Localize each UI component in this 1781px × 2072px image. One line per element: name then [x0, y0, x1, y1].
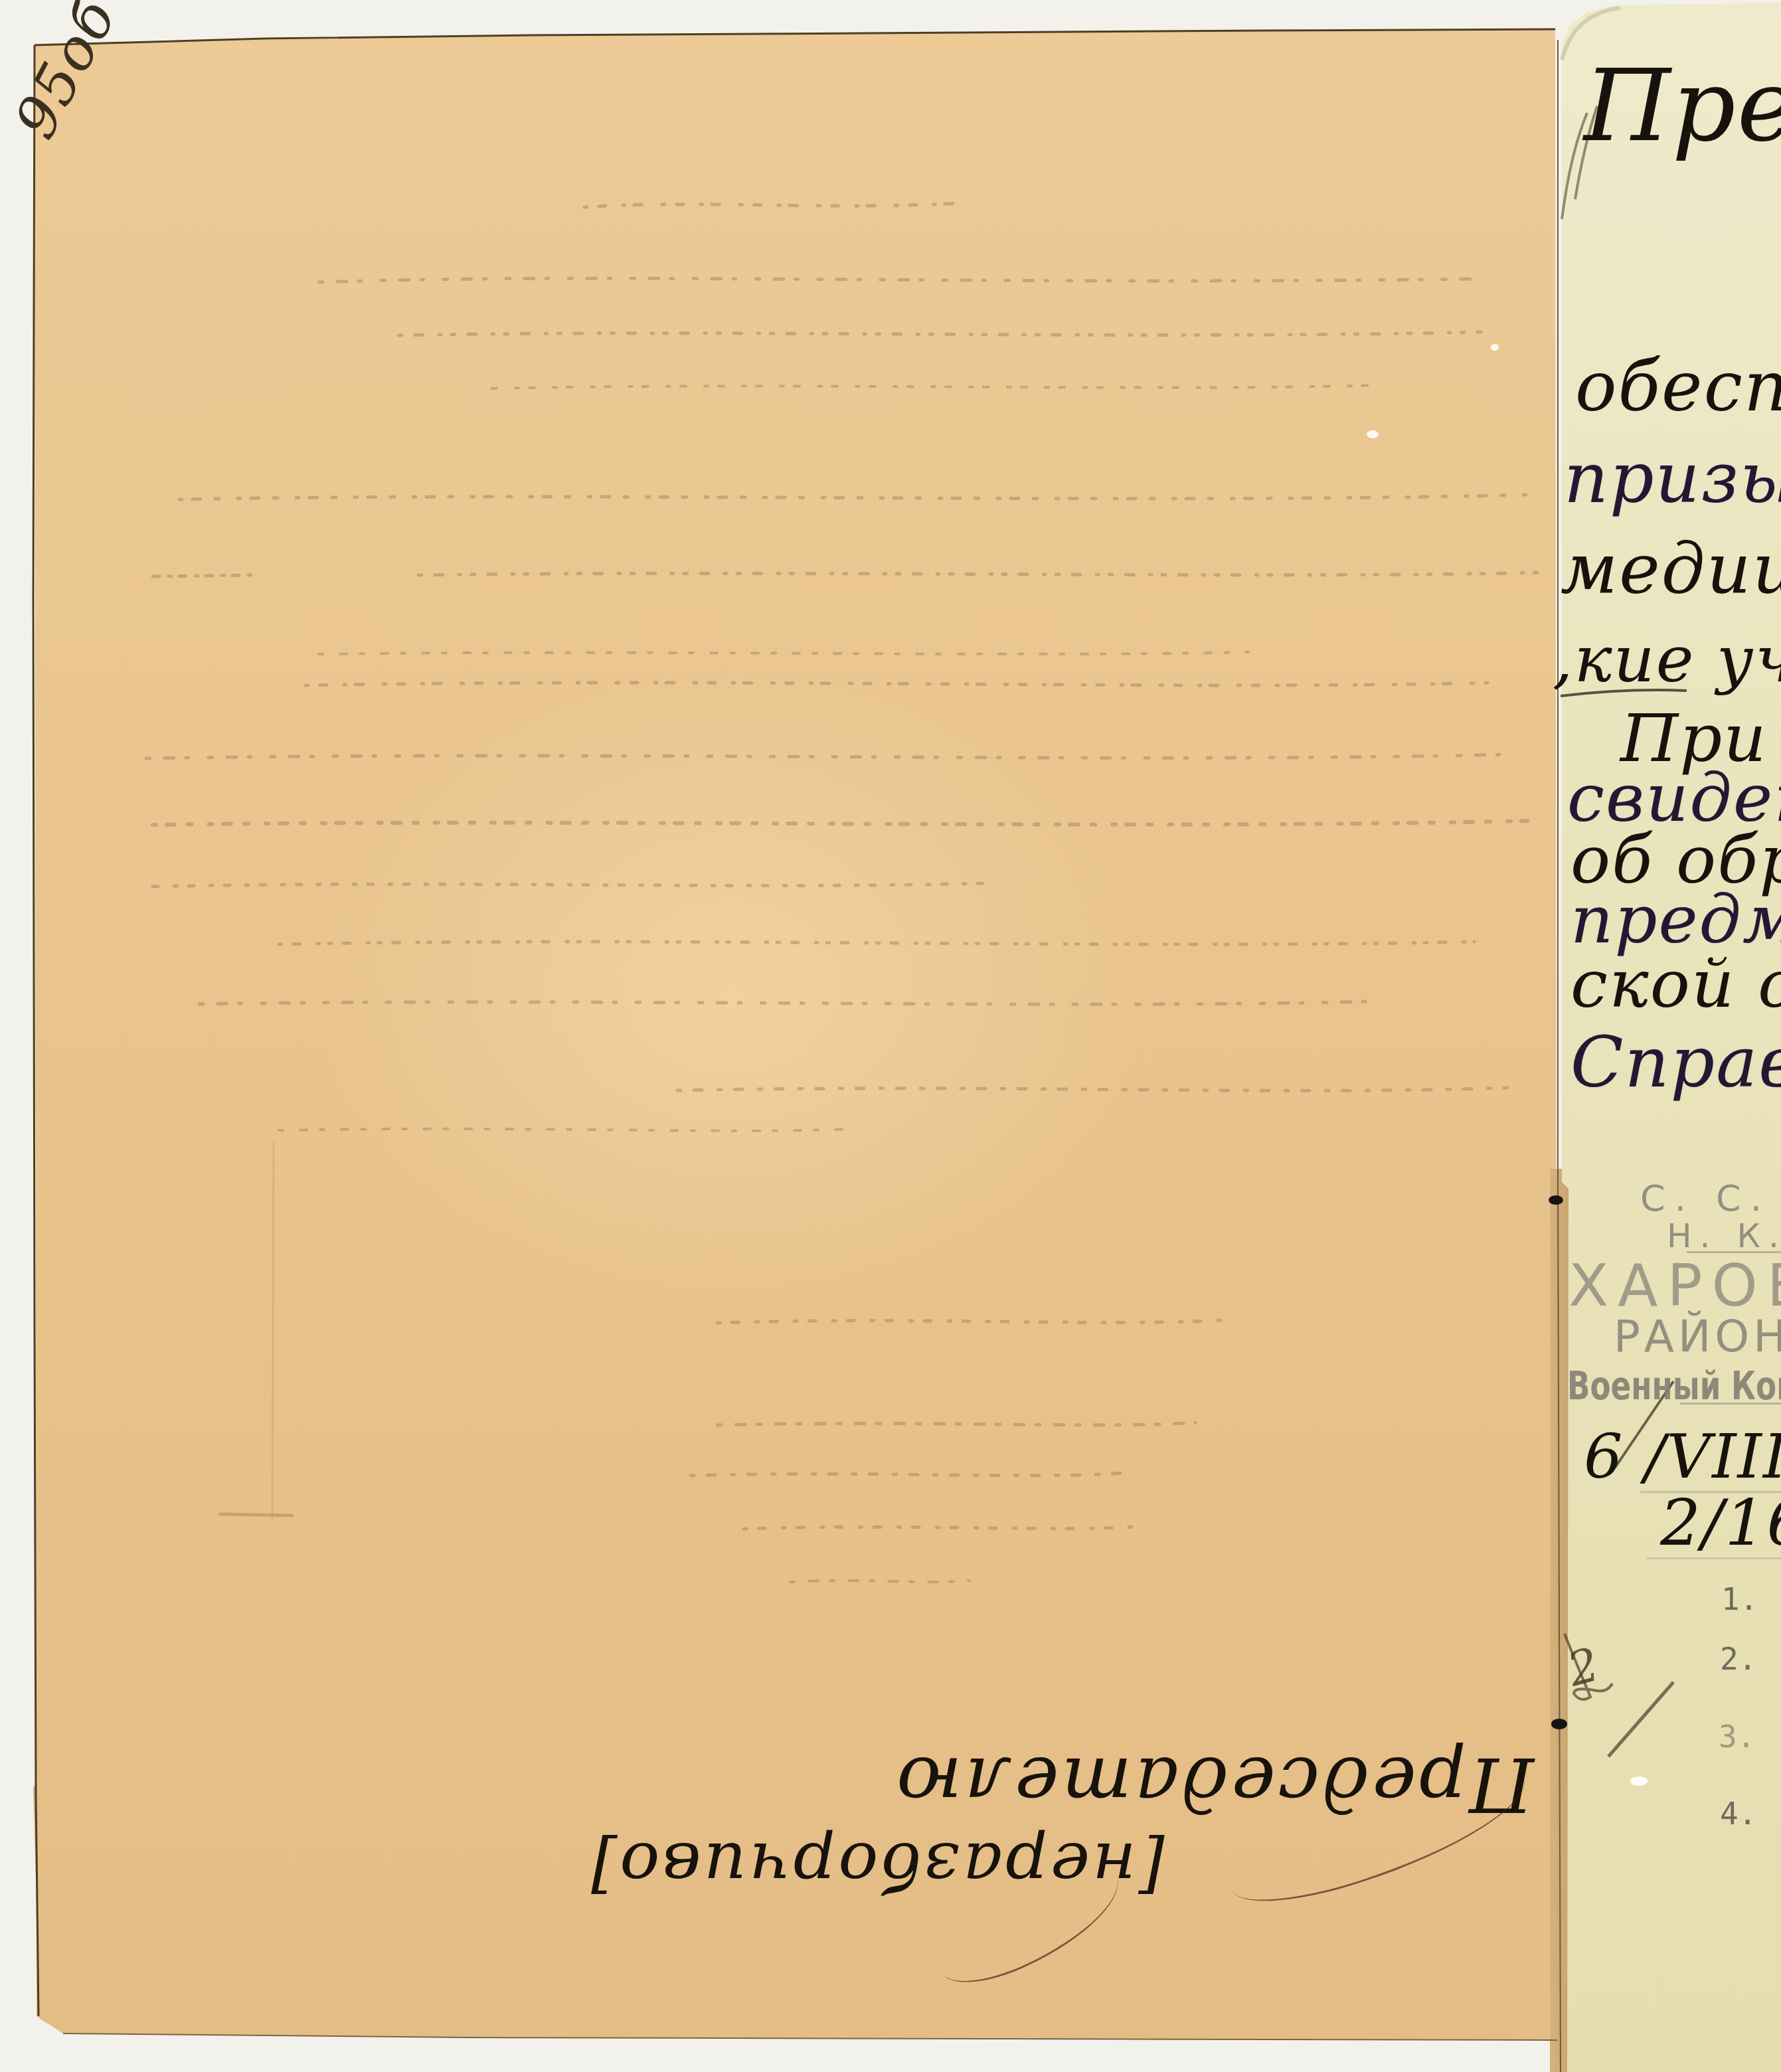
list-number: 3. [1719, 1721, 1755, 1752]
bleed-stroke [279, 1129, 850, 1131]
bleed-stroke [744, 1526, 1142, 1529]
bleed-stroke [691, 1473, 1122, 1476]
text-line: ской ор [1570, 951, 1781, 1017]
bleed-stroke [491, 385, 1381, 388]
bleed-stroke [319, 278, 1474, 282]
paper-nick [1491, 344, 1499, 351]
bleed-stroke [153, 821, 1527, 825]
bleed-stroke [398, 332, 1481, 335]
bleed-stroke [153, 575, 252, 576]
text-line: ,кие учи [1553, 628, 1781, 691]
bleed-stroke [153, 883, 983, 887]
bleed-stroke [146, 754, 1507, 758]
text-line: призывн [1564, 444, 1781, 513]
bleed-faint-vertical [272, 1142, 274, 1521]
stamp-line-district-name: ХАРОВС [1569, 1256, 1781, 1315]
outgoing-number-fragment: 2/16б [1660, 1491, 1781, 1555]
stamp-line-district: РАЙОН [1614, 1315, 1781, 1359]
bleed-stroke [305, 683, 1487, 685]
bleed-stroke [790, 1581, 970, 1582]
paper-nick [1367, 430, 1379, 438]
bleed-stroke [319, 652, 1248, 654]
bleed-stroke [677, 1088, 1507, 1090]
stamp-line-nko: Н. К. О [1667, 1219, 1781, 1252]
bleed-stroke [279, 942, 1474, 944]
left-page-top-edge [35, 29, 1555, 45]
left-page-left-edge [33, 45, 39, 2016]
bleed-through-writing [146, 203, 1547, 1582]
list-number: 1. [1721, 1584, 1758, 1614]
right-page-left-edge [1558, 40, 1561, 2072]
list-number: 2. [1720, 1644, 1756, 1674]
bleed-stroke [717, 1423, 1195, 1425]
text-line: Справк [1570, 1028, 1781, 1097]
bleed-stroke [584, 203, 970, 207]
binding-hole [1551, 1719, 1567, 1729]
text-line: медици [1561, 535, 1781, 604]
left-page-bottom-edge [63, 2033, 1557, 2040]
stamp-divider [1680, 1403, 1781, 1405]
paper-nick [1630, 1776, 1648, 1786]
bleed-stroke [717, 1320, 1222, 1323]
stamp-line-ussr: С. С. С [1640, 1181, 1781, 1217]
bleed-stroke [220, 1514, 292, 1515]
bleed-stroke [199, 1001, 1368, 1004]
pencil-slash-mark [1608, 1682, 1673, 1757]
bleed-stroke [179, 495, 1527, 499]
binding-hole [1549, 1195, 1563, 1205]
stamp-line-commissar: Военный Ком [1567, 1367, 1781, 1405]
list-number: 4. [1720, 1798, 1756, 1829]
date-fragment: 6 /VIII-19 [1584, 1426, 1781, 1488]
text-line: предмет [1570, 887, 1781, 953]
text-line: обеспеч [1575, 352, 1781, 421]
number-baseline [1647, 1557, 1781, 1559]
bleed-stroke [418, 572, 1547, 575]
right-page-heading-fragment: Предсе [1584, 56, 1781, 156]
